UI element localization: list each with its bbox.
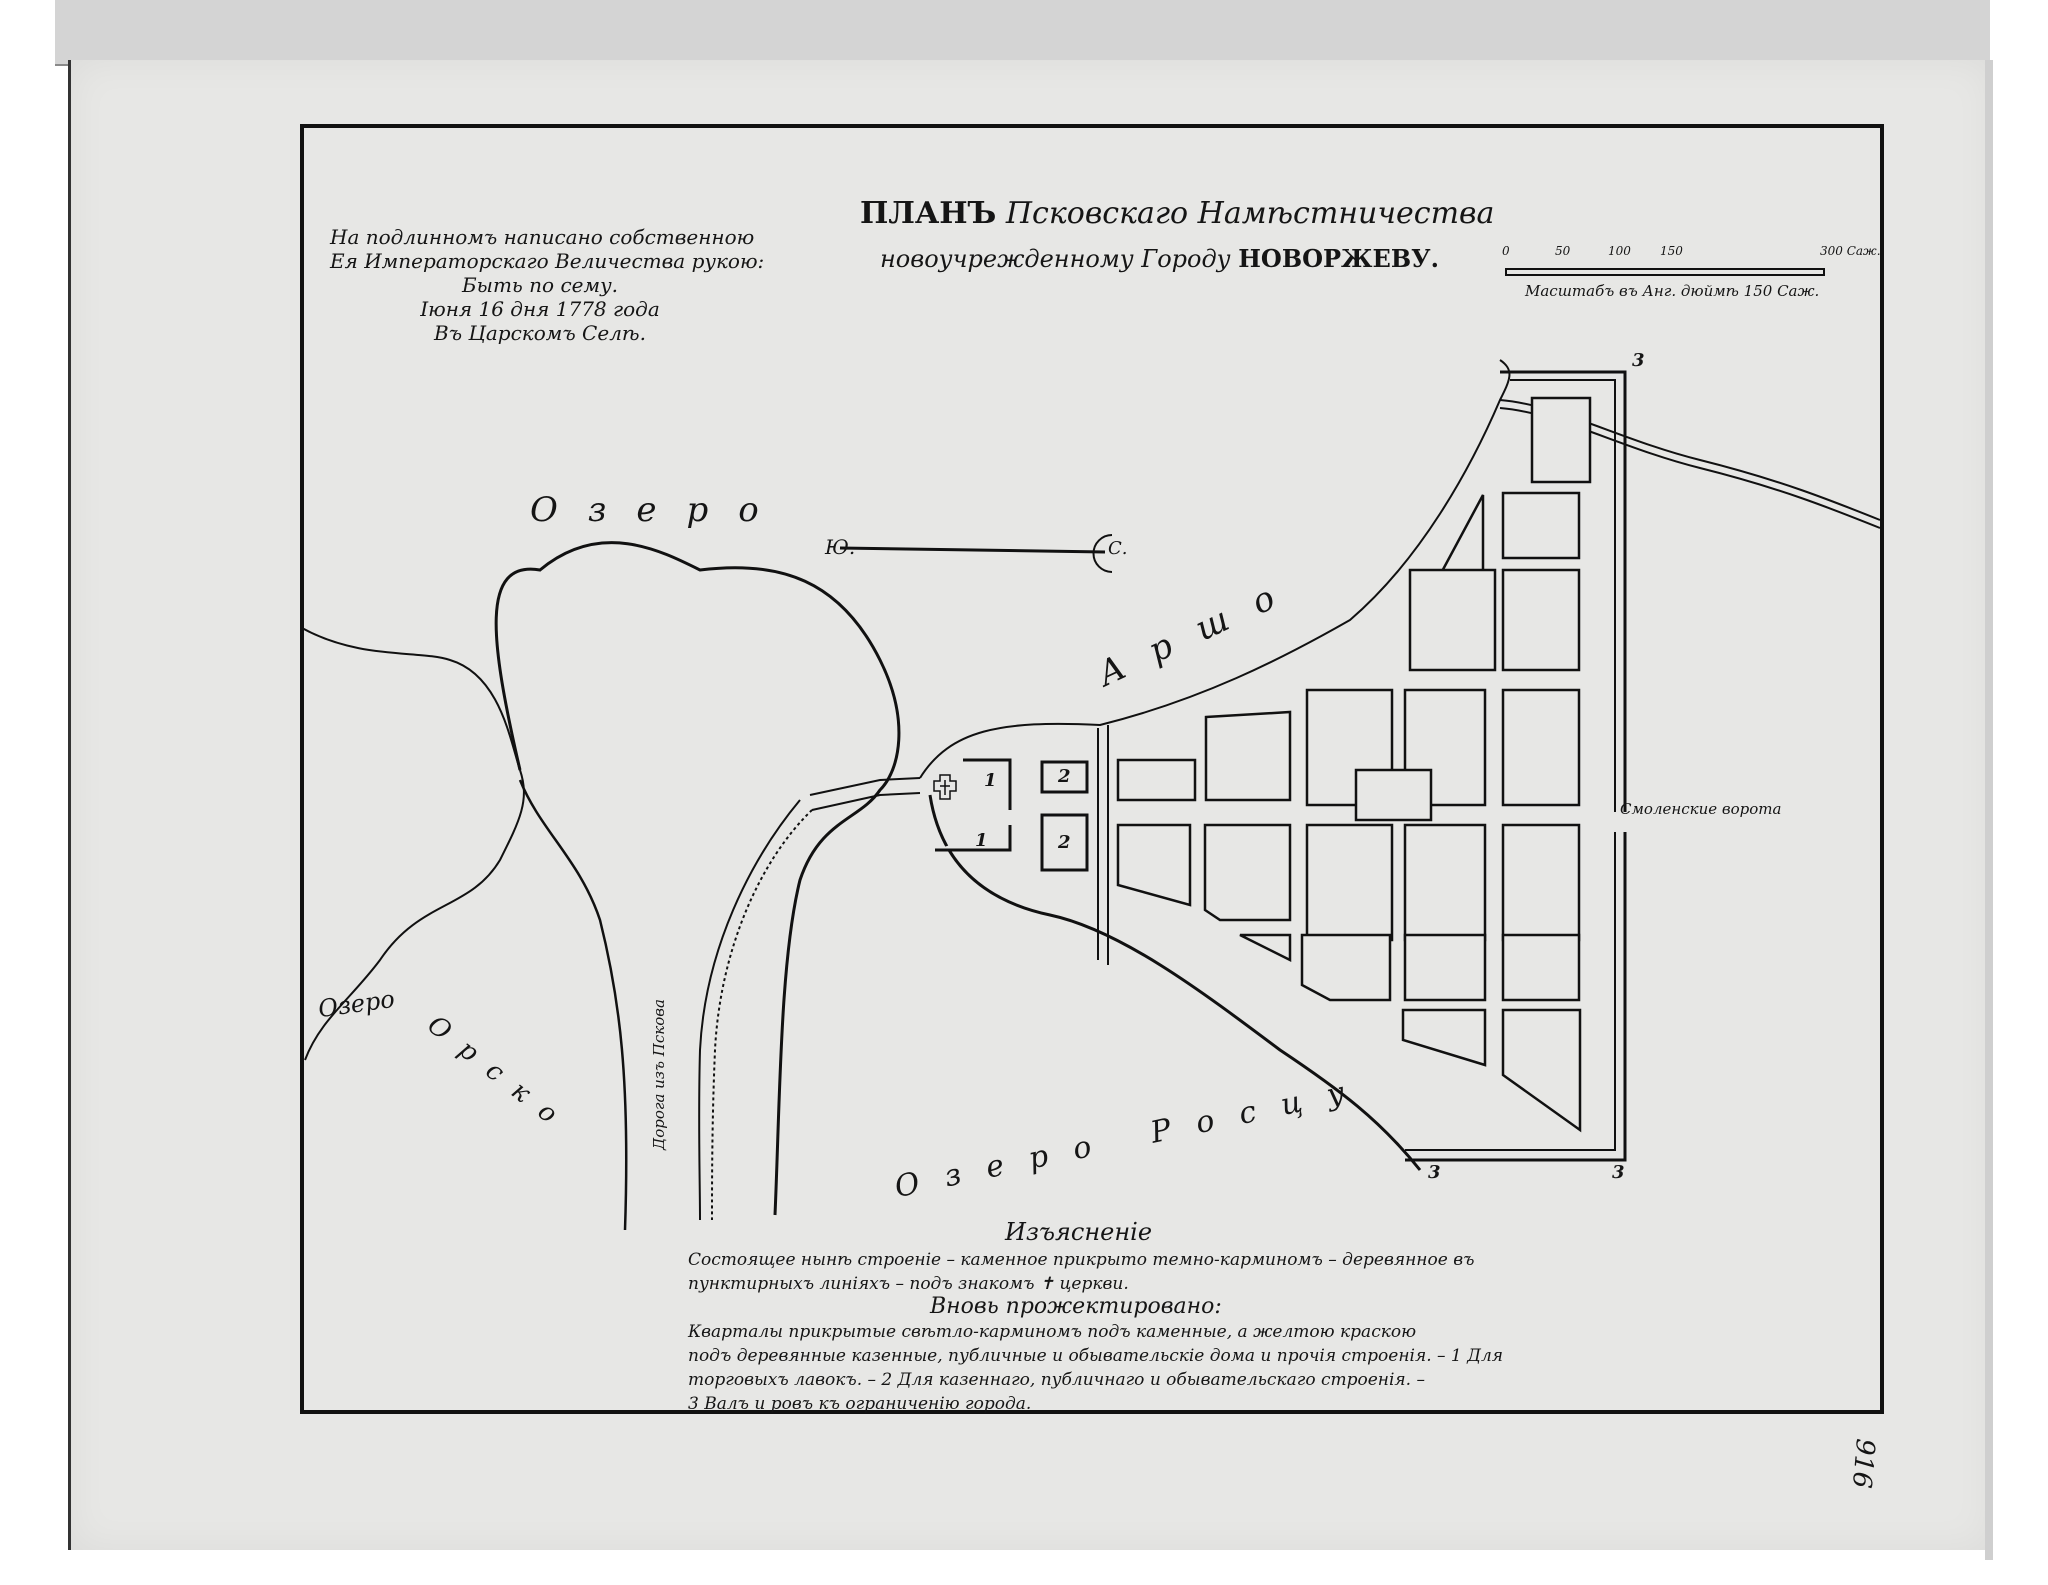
- legend-line-5: торговыхъ лавокъ. – 2 Для казеннаго, пуб…: [688, 1370, 1425, 1390]
- block-label-1a: 1: [984, 770, 997, 791]
- note-line: На подлинномъ написано собственною: [330, 225, 750, 249]
- compass-north-label: С.: [1108, 538, 1128, 559]
- map-title-line2: новоучрежденному Городу НОВОРЖЕВУ.: [880, 244, 1439, 273]
- scale-caption: Масштабъ въ Анг. дюймѣ 150 Саж.: [1525, 282, 1819, 300]
- scale-tick-100: 100: [1608, 244, 1631, 258]
- block-label-3b: 3: [1428, 1162, 1441, 1183]
- title-new-city: новоучрежденному Городу: [880, 245, 1231, 273]
- block-label-3c: 3: [1612, 1162, 1625, 1183]
- compass-line: [840, 548, 1105, 552]
- block-label-1b: 1: [975, 830, 988, 851]
- scale-tick-300: 300 Саж.: [1820, 244, 1881, 258]
- scale-tick-150: 150: [1660, 244, 1683, 258]
- main-street: [1098, 725, 1108, 965]
- scale-tick-0: 0: [1502, 244, 1510, 258]
- title-province: Псковскаго Намѣстничества: [1006, 196, 1495, 231]
- map-title-line1: ПЛАНЪ Псковскаго Намѣстничества: [860, 196, 1494, 231]
- legend-line-1: Состоящее нынѣ строеніе – каменное прикр…: [688, 1250, 1474, 1270]
- legend-line-4: подъ деревянные казенные, публичные и об…: [688, 1346, 1503, 1366]
- scale-bar: [1505, 268, 1825, 276]
- road-to-pskov: [712, 810, 812, 1220]
- scale-tick-50: 50: [1555, 244, 1570, 258]
- label-road-pskov: Дорога изъ Пскова: [650, 999, 668, 1150]
- city-blocks: [1118, 398, 1590, 1130]
- legend-subheading: Вновь прожектировано:: [930, 1294, 1222, 1319]
- title-prefix: ПЛАНЪ: [860, 196, 996, 231]
- block-label-2b: 2: [1058, 832, 1071, 853]
- legend-line-2: пунктирныхъ линіяхъ – подъ знакомъ ✝ цер…: [688, 1274, 1129, 1294]
- title-city-name: НОВОРЖЕВУ.: [1238, 244, 1439, 273]
- legend-line-3: Кварталы прикрытые свѣтло-карминомъ подъ…: [688, 1322, 1416, 1342]
- block-label-3a: 3: [1632, 350, 1645, 371]
- note-line: Іюня 16 дня 1778 года: [330, 297, 750, 321]
- note-line: Быть по сему.: [330, 273, 750, 297]
- legend-heading: Изъясненіе: [1005, 1218, 1152, 1246]
- label-lake-north: Озеро: [530, 490, 789, 530]
- compass-south-label: Ю.: [825, 535, 855, 559]
- note-line: Ея Императорскаго Величества рукою:: [330, 249, 750, 273]
- church-icon: [934, 775, 956, 799]
- legend-line-6: 3 Валъ и ровъ къ ограниченію города.: [688, 1394, 1031, 1414]
- imperial-approval-note: На подлинномъ написано собственною Ея Им…: [330, 225, 750, 345]
- label-smolensk-gate: Смоленские ворота: [1620, 800, 1781, 818]
- archive-page-number: 916: [1846, 1437, 1880, 1489]
- river-lower-bank: [520, 780, 626, 1230]
- block-label-2a: 2: [1058, 766, 1071, 787]
- note-line: Въ Царскомъ Селѣ.: [330, 321, 750, 345]
